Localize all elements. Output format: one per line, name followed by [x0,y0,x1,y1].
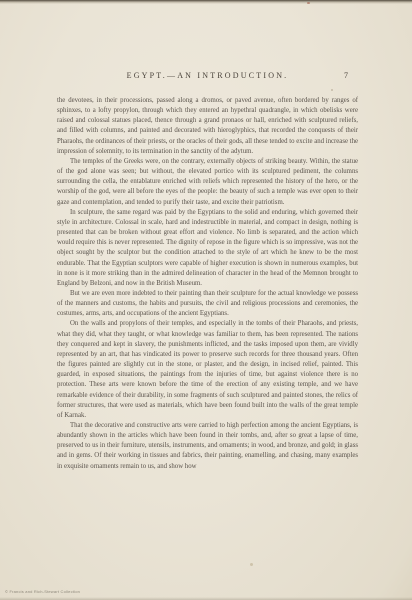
page-title: EGYPT.—AN INTRODUCTION. [57,71,358,80]
body-text: the devotees, in their processions, pass… [57,96,358,472]
scan-edge-top [0,0,412,4]
paper-speck [307,2,310,4]
body-paragraph: The temples of the Greeks were, on the c… [57,157,358,208]
body-paragraph: the devotees, in their processions, pass… [57,96,358,157]
collection-watermark: © Francis and Rich-Stewart Collection [5,589,80,594]
scanned-book-page: EGYPT.—AN INTRODUCTION. 7 the devotees, … [0,0,412,600]
paper-speck [331,89,333,91]
body-paragraph: But we are even more indebted to their p… [57,289,358,319]
body-paragraph: In sculpture, the same regard was paid b… [57,208,358,289]
body-paragraph: That the decorative and constructive art… [57,421,358,472]
body-paragraph: On the walls and propylons of their temp… [57,319,358,421]
running-header: EGYPT.—AN INTRODUCTION. 7 [57,71,358,83]
paper-speck [250,563,253,566]
page-number: 7 [344,71,348,80]
